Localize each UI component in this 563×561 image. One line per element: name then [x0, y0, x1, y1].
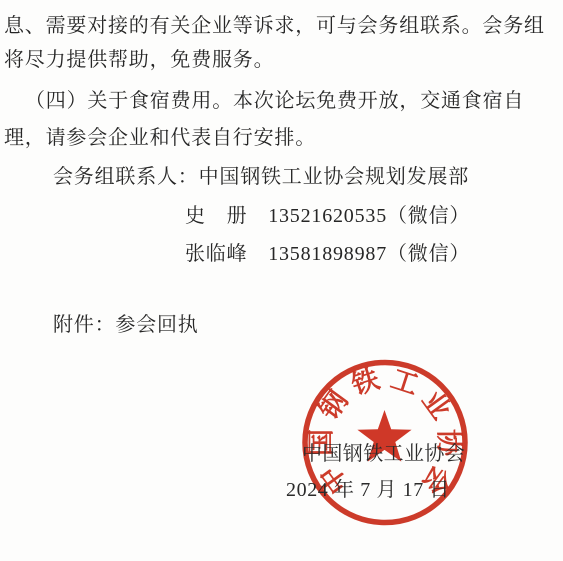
doc-line-contact-header: 会务组联系人：中国钢铁工业协会规划发展部: [53, 166, 469, 189]
doc-line-contact-1: 史 册 13521620535（微信）: [185, 205, 470, 228]
document-page: 息、需要对接的有关企业等诉求，可与会务组联系。会务组 将尽力提供帮助，免费服务。…: [0, 0, 563, 561]
issue-date: 2024 年 7 月 17 日: [286, 473, 450, 502]
seal-org-name-line: 中国钢铁工业协会: [302, 437, 465, 466]
seal-arc-char-3: 钢: [313, 385, 354, 425]
doc-line-1: 息、需要对接的有关企业等诉求，可与会务组联系。会务组: [4, 15, 545, 38]
doc-line-attachment: 附件：参会回执: [53, 314, 199, 337]
doc-line-contact-2: 张临峰 13581898987（微信）: [185, 243, 470, 266]
official-seal: 中 国 钢 铁 工 业 协 会: [0, 0, 563, 561]
doc-line-3-paragraph-four: （四）关于食宿费用。本次论坛免费开放，交通食宿自: [25, 90, 524, 113]
doc-line-4: 理，请参会企业和代表自行安排。: [4, 127, 316, 150]
doc-line-2: 将尽力提供帮助，免费服务。: [4, 49, 274, 72]
seal-arc-char-6: 业: [416, 385, 456, 424]
